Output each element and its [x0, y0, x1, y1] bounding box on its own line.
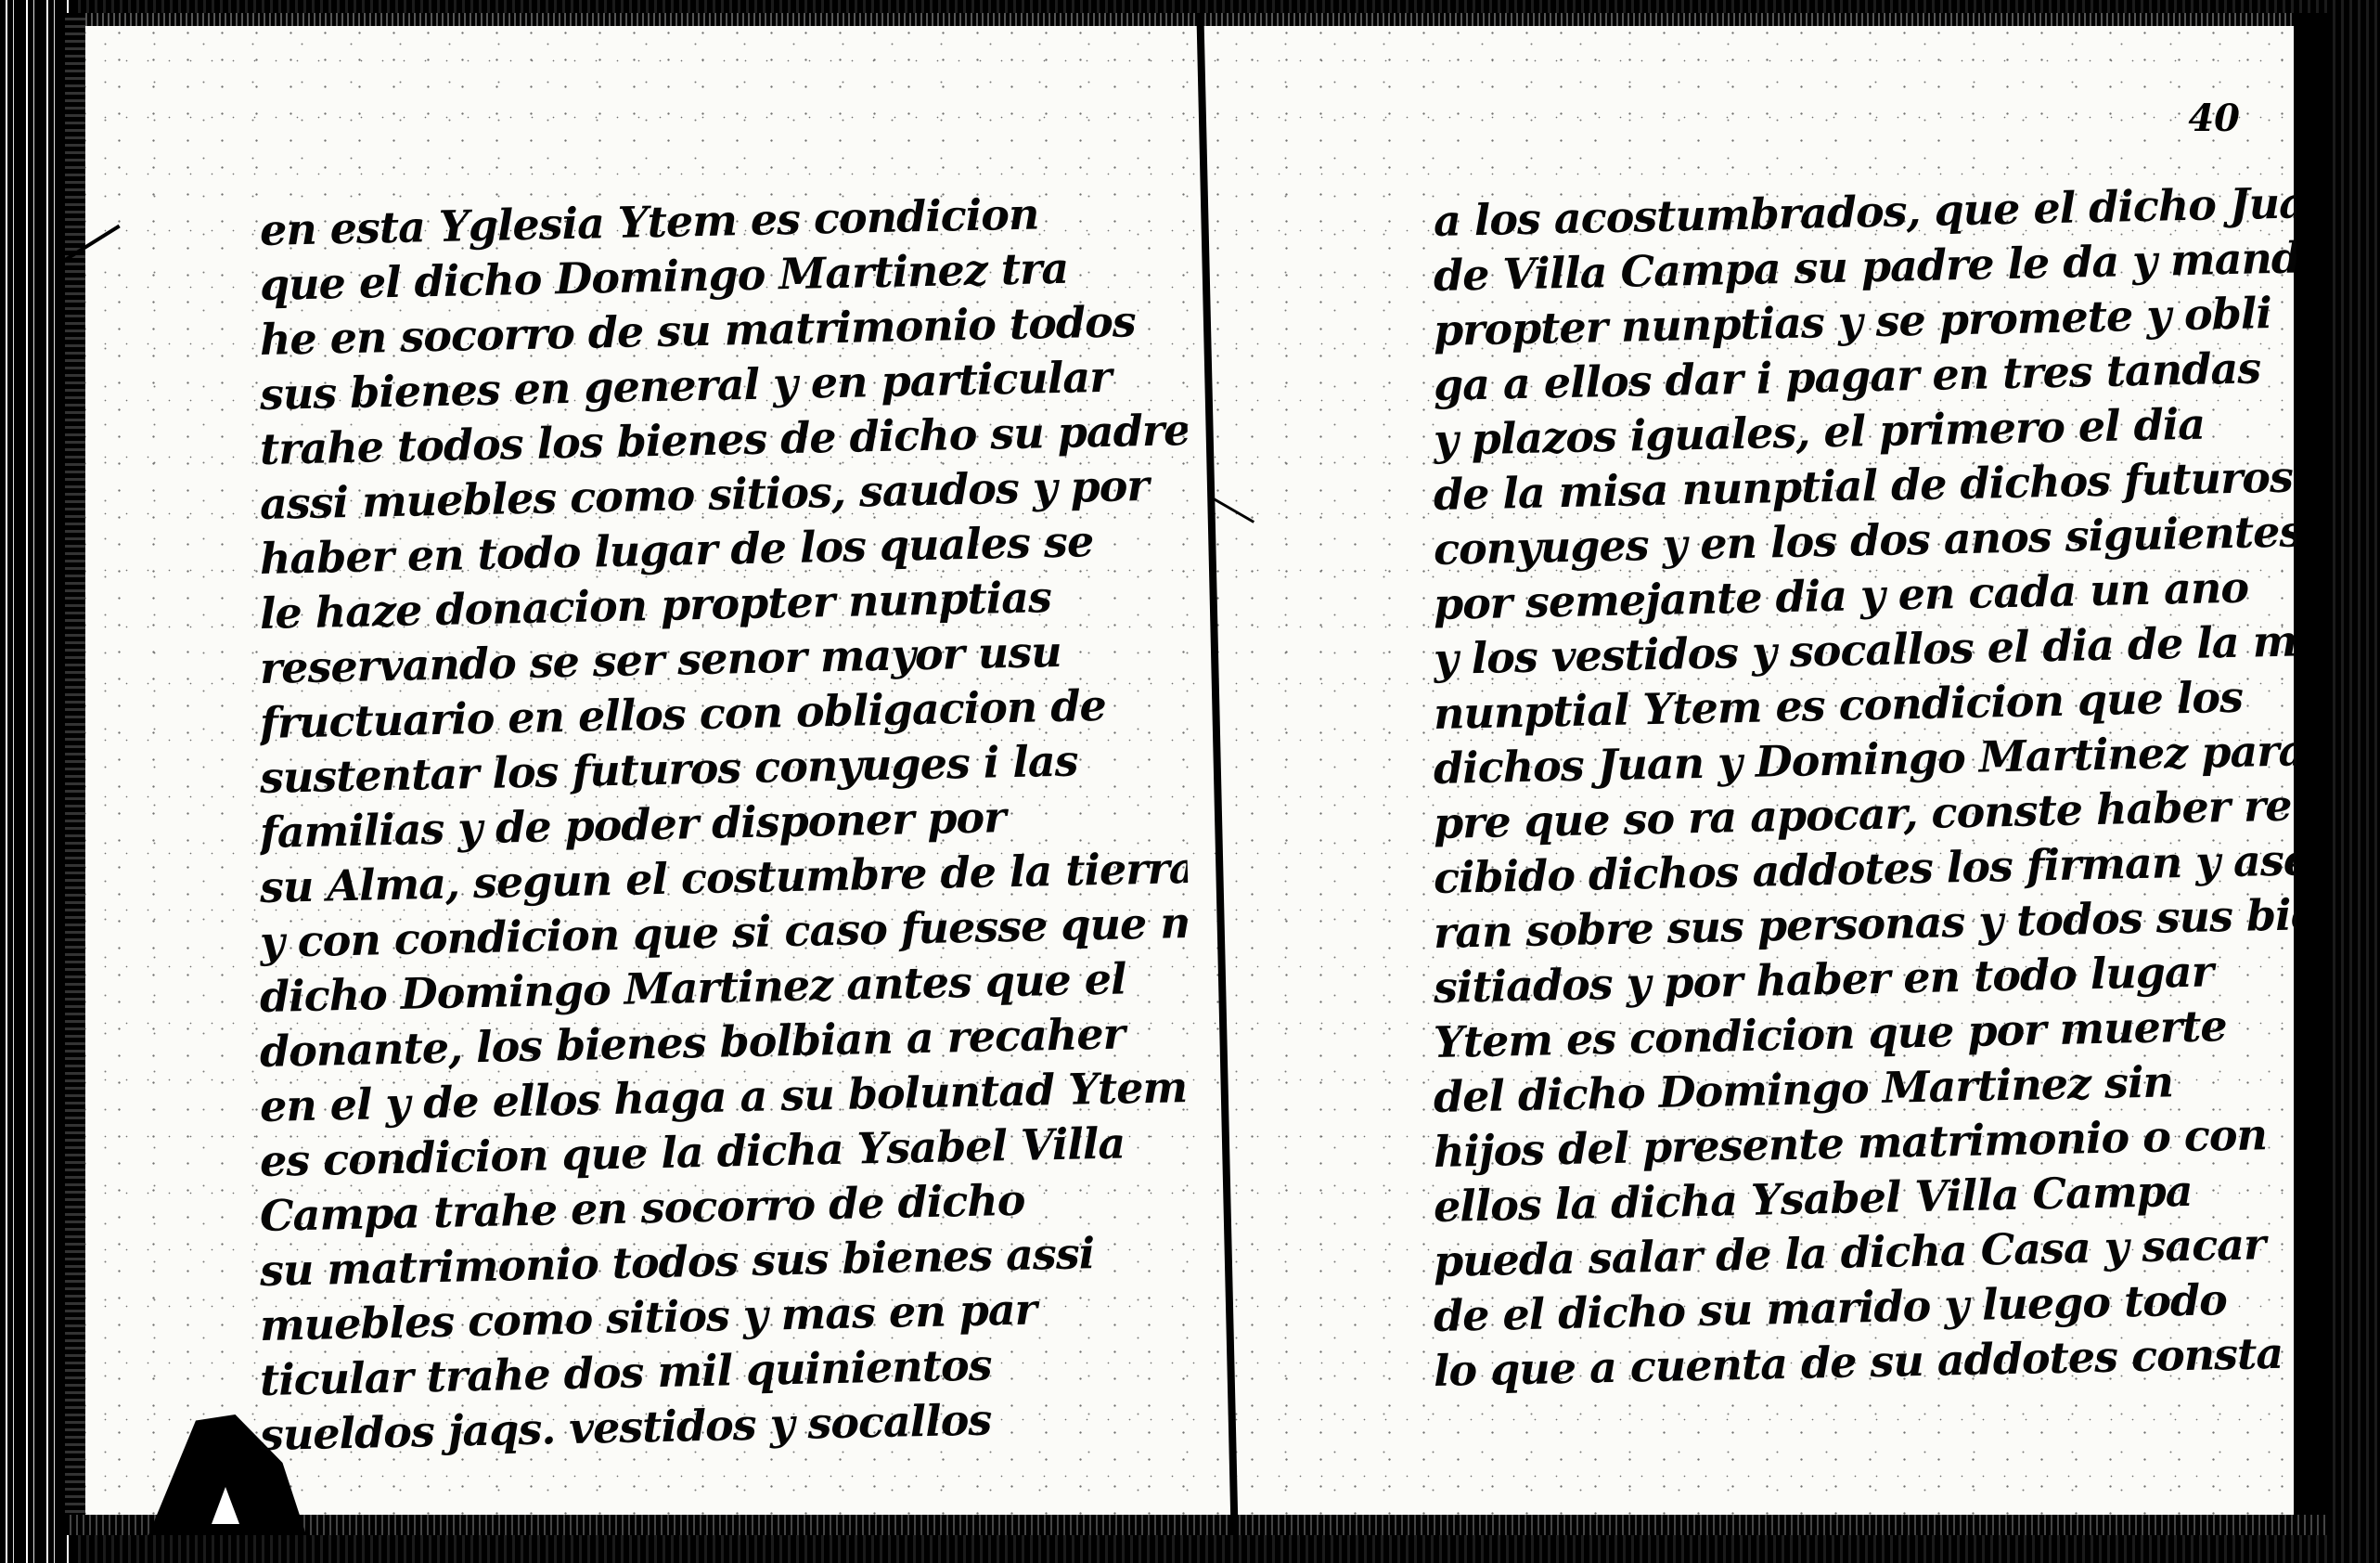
right-page-text: a los acostumbrados, que el dicho Juan d…	[1434, 194, 2296, 1399]
left-page: en esta Yglesia Ytem es condicion que el…	[65, 13, 1216, 1535]
book-binding-edge	[0, 0, 74, 1563]
right-page: 40 a los acostumbrados, que el dicho Jua…	[1220, 13, 2329, 1535]
folio-number: 40	[2188, 97, 2240, 140]
left-page-text: en esta Yglesia Ytem es condicion que el…	[260, 203, 1188, 1463]
margin-mark	[63, 225, 120, 262]
manuscript-spread: en esta Yglesia Ytem es condicion que el…	[65, 13, 2329, 1535]
